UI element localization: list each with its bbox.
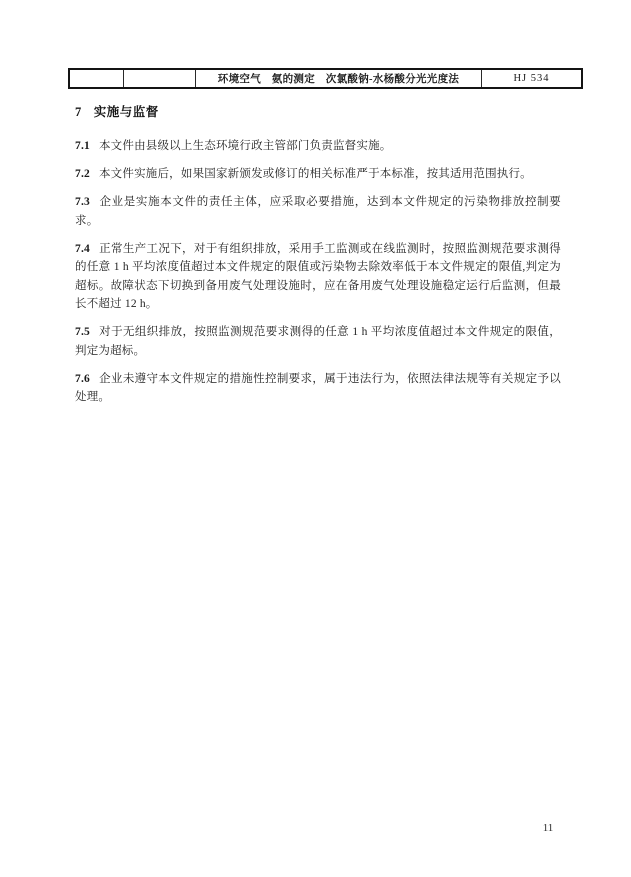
section-heading: 7实施与监督 [75,102,561,120]
document-page: 环境空气 氨的测定 次氯酸钠-水杨酸分光光度法 HJ 534 7实施与监督 7.… [0,0,631,877]
clause-number: 7.6 [75,373,90,385]
header-cell-empty-2 [123,70,195,87]
clause-7-1: 7.1本文件由县级以上生态环境行政主管部门负责监督实施。 [75,137,561,156]
header-standard-title: 环境空气 氨的测定 次氯酸钠-水杨酸分光光度法 [195,70,481,87]
clause-7-4: 7.4正常生产工况下，对于有组织排放，采用手工监测或在线监测时，按照监测规范要求… [75,240,561,314]
clause-number: 7.4 [75,243,90,255]
clause-7-3: 7.3企业是实施本文件的责任主体，应采取必要措施，达到本文件规定的污染物排放控制… [75,193,561,230]
clause-text: 企业是实施本文件的责任主体，应采取必要措施，达到本文件规定的污染物排放控制要求。 [75,196,561,227]
section-title: 实施与监督 [94,105,159,119]
page-header-table: 环境空气 氨的测定 次氯酸钠-水杨酸分光光度法 HJ 534 [68,68,583,89]
clause-text: 本文件实施后，如果国家新颁发或修订的相关标准严于本标准，按其适用范围执行。 [99,168,532,180]
clause-number: 7.3 [75,196,90,208]
clause-number: 7.1 [75,140,90,152]
clause-text: 本文件由县级以上生态环境行政主管部门负责监督实施。 [99,140,392,152]
clause-7-2: 7.2本文件实施后，如果国家新颁发或修订的相关标准严于本标准，按其适用范围执行。 [75,165,561,184]
clause-text: 企业未遵守本文件规定的措施性控制要求，属于违法行为，依照法律法规等有关规定予以处… [75,373,561,404]
clause-text: 正常生产工况下，对于有组织排放，采用手工监测或在线监测时，按照监测规范要求测得的… [75,243,561,311]
clause-number: 7.5 [75,326,90,338]
header-cell-empty-1 [70,70,123,87]
clause-7-6: 7.6企业未遵守本文件规定的措施性控制要求，属于违法行为，依照法律法规等有关规定… [75,370,561,407]
section-number: 7 [75,105,82,119]
clause-number: 7.2 [75,168,90,180]
clause-7-5: 7.5对于无组织排放，按照监测规范要求测得的任意 1 h 平均浓度值超过本文件规… [75,323,561,360]
page-number: 11 [528,822,568,834]
header-doc-code: HJ 534 [481,70,581,87]
clause-text: 对于无组织排放，按照监测规范要求测得的任意 1 h 平均浓度值超过本文件规定的限… [75,326,561,357]
document-body: 7实施与监督 7.1本文件由县级以上生态环境行政主管部门负责监督实施。 7.2本… [75,102,561,416]
